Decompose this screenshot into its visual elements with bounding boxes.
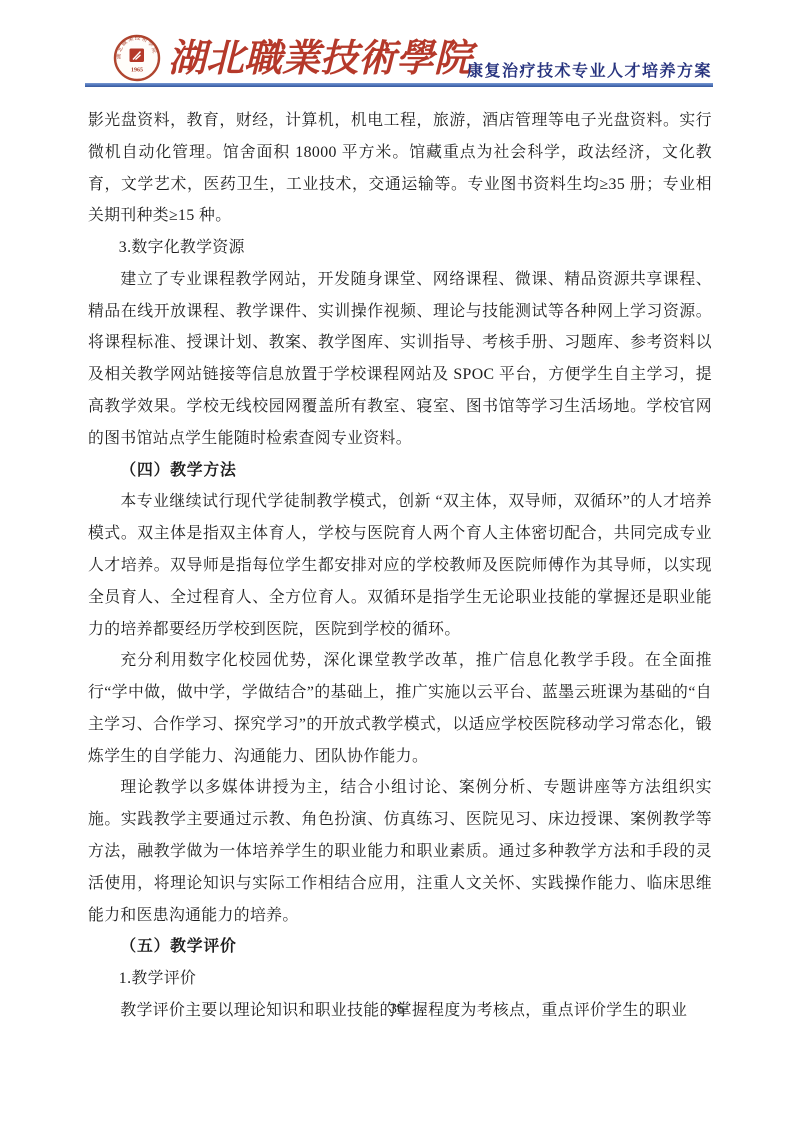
document-page: 湖北職業技術學院 1965 湖北職業技術學院 康复治疗技术专业人才培养方案 影光…	[0, 0, 794, 1123]
paragraph-digital-resources: 建立了专业课程教学网站，开发随身课堂、网络课程、微课、精品资源共享课程、精品在线…	[88, 264, 712, 455]
numbered-heading-teaching-evaluation: 1.教学评价	[88, 963, 712, 995]
document-title: 康复治疗技术专业人才培养方案	[467, 58, 712, 81]
paragraph-apprenticeship-model: 本专业继续试行现代学徒制教学模式，创新 “双主体，双导师，双循环”的人才培养模式…	[88, 486, 712, 645]
paragraph-theory-practice-teaching: 理论教学以多媒体讲授为主，结合小组讨论、案例分析、专题讲座等方法组织实施。实践教…	[88, 772, 712, 931]
document-body: 影光盘资料，教育，财经，计算机，机电工程，旅游，酒店管理等电子光盘资料。实行微机…	[88, 105, 712, 1027]
numbered-heading-digital-resources: 3.数字化教学资源	[88, 232, 712, 264]
paragraph-digital-campus: 充分利用数字化校园优势，深化课堂教学改革，推广信息化教学手段。在全面推行“学中做…	[88, 645, 712, 772]
school-emblem-icon: 湖北職業技術學院 1965	[113, 34, 161, 82]
section-heading-teaching-evaluation: （五）教学评价	[88, 931, 712, 963]
paragraph-library-resources: 影光盘资料，教育，财经，计算机，机电工程，旅游，酒店管理等电子光盘资料。实行微机…	[88, 105, 712, 232]
school-logo: 湖北職業技術學院 1965	[113, 34, 161, 82]
header-rule	[85, 83, 713, 87]
section-heading-teaching-methods: （四）教学方法	[88, 455, 712, 487]
logo-year: 1965	[131, 68, 143, 74]
school-name: 湖北職業技術學院	[168, 33, 472, 83]
page-number: 36	[0, 1001, 794, 1018]
